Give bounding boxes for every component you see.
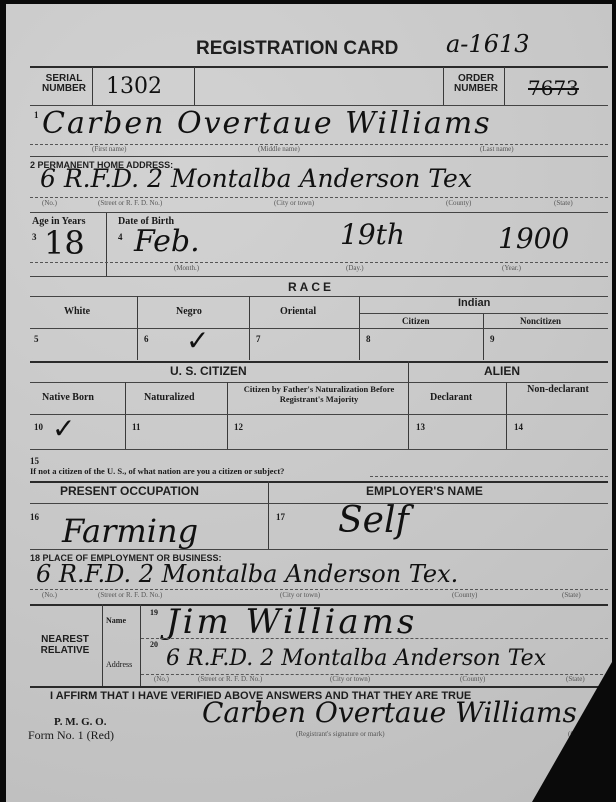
serial-label: SERIAL NUMBER bbox=[36, 74, 92, 94]
nation-question: If not a citizen of the U. S., of what n… bbox=[30, 466, 284, 476]
occupation-heading: PRESENT OCCUPATION bbox=[60, 484, 199, 498]
age-value: 18 bbox=[44, 224, 85, 262]
birth-day: 19th bbox=[340, 218, 405, 251]
order-value: 7673 bbox=[528, 76, 579, 100]
nearest-relative-label: NEAREST RELATIVE bbox=[30, 634, 100, 656]
race-heading: RACE bbox=[288, 280, 334, 294]
alien-heading: ALIEN bbox=[484, 364, 520, 378]
relative-address: 6 R.F.D. 2 Montalba Anderson Tex bbox=[166, 646, 546, 671]
us-citizen-heading: U. S. CITIZEN bbox=[170, 364, 247, 378]
race-negro-check: ✓ bbox=[186, 324, 209, 357]
home-address-value: 6 R.F.D. 2 Montalba Anderson Tex bbox=[40, 164, 472, 193]
place-of-employment-value: 6 R.F.D. 2 Montalba Anderson Tex. bbox=[36, 560, 458, 588]
card-title: REGISTRATION CARD bbox=[196, 38, 398, 60]
order-label: ORDER NUMBER bbox=[450, 74, 502, 94]
relative-name: Jim Williams bbox=[166, 602, 417, 642]
employer-value: Self bbox=[338, 500, 409, 541]
registrant-signature: Carben Overtaue Williams bbox=[202, 696, 577, 729]
native-born-check: ✓ bbox=[52, 412, 75, 445]
form-number: Form No. 1 (Red) bbox=[28, 728, 114, 743]
birth-month: Feb. bbox=[134, 224, 200, 259]
registrant-name: Carben Overtaue Williams bbox=[42, 106, 492, 141]
birth-year: 1900 bbox=[498, 222, 569, 255]
torn-corner bbox=[532, 662, 612, 802]
employer-heading: EMPLOYER'S NAME bbox=[366, 484, 483, 498]
occupation-value: Farming bbox=[62, 512, 198, 550]
title-annotation: a-1613 bbox=[446, 30, 530, 58]
registration-card: REGISTRATION CARD a-1613 SERIAL NUMBER 1… bbox=[6, 4, 612, 802]
pmgo-label: P. M. G. O. bbox=[54, 716, 106, 728]
serial-value: 1302 bbox=[106, 74, 162, 99]
